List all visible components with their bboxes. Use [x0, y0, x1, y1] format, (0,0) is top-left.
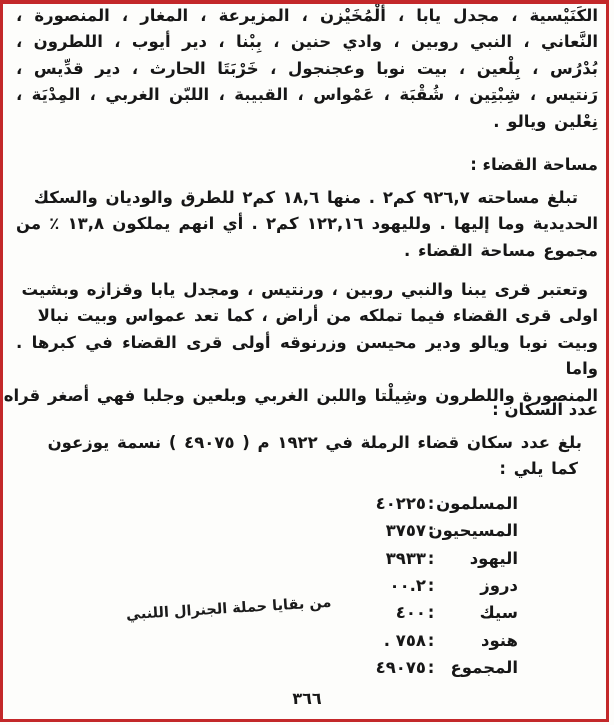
paragraph-line: اولى قرى القضاء فيما تملكه من أراض ، كما…: [16, 303, 598, 329]
row-separator: :: [426, 658, 436, 677]
population-row-jews: اليهود : ٣٩٣٣: [340, 545, 518, 572]
row-value: ٠٠.٢: [340, 576, 426, 595]
row-value: ٣٩٣٣: [340, 549, 426, 568]
row-label: دروز: [436, 576, 518, 595]
paragraph-line: الحديدية وما إليها . ولليهود ١٢٢,١٦ كم٢ …: [16, 211, 598, 237]
paragraph-line: وبيت نوبا ويالو ودير محيسن وزرنوقه أولى …: [16, 330, 598, 383]
row-separator: :: [426, 631, 436, 650]
row-separator: :: [426, 521, 436, 540]
row-value: ٤٠٢٢٥: [340, 494, 426, 513]
population-row-hindus: هنود : ٧٥٨ .: [340, 626, 518, 653]
villages-list-paragraph: الكَنَيْسية ، مجدل يابا ، أَلْمُخَيْزن ،…: [16, 3, 598, 135]
tilted-caption-annotation: من بقايا حملة الجنرال اللنبي: [126, 595, 332, 624]
row-label: اليهود: [436, 549, 518, 568]
section-heading-population: عدد السكان :: [492, 400, 598, 419]
section-heading-area: مساحة القضاء :: [470, 155, 598, 174]
population-row-muslims: المسلمون : ٤٠٢٢٥: [340, 490, 518, 517]
row-label: المسيحيون: [436, 521, 518, 540]
page-number: ٣٦٦: [0, 689, 614, 708]
row-separator: :: [426, 576, 436, 595]
area-paragraph-2: وتعتبر قرى يبنا والنبي روبين ، ورنتيس ، …: [16, 277, 598, 409]
population-row-sikhs: سيك : ٤٠٠: [340, 599, 518, 626]
population-row-druze: دروز : ٠٠.٢: [340, 572, 518, 599]
area-paragraph-1: تبلغ مساحته ٩٢٦,٧ كم٢ . منها ١٨,٦ كم٢ لل…: [16, 185, 598, 264]
population-table: المسلمون : ٤٠٢٢٥ المسيحيون : ٣٧٥٧ اليهود…: [340, 490, 518, 681]
scanned-book-page: الكَنَيْسية ، مجدل يابا ، أَلْمُخَيْزن ،…: [0, 0, 614, 725]
row-value: ٤٠٠: [340, 603, 426, 622]
row-label: المجموع: [436, 658, 518, 677]
villages-line: بُدْرُس ، بِلْعين ، بيت نوبا وعجنجول ، خ…: [16, 56, 598, 82]
villages-line: الكَنَيْسية ، مجدل يابا ، أَلْمُخَيْزن ،…: [16, 3, 598, 29]
paragraph-line: تبلغ مساحته ٩٢٦,٧ كم٢ . منها ١٨,٦ كم٢ لل…: [16, 185, 598, 211]
villages-line: رَنتيس ، شِبْتِين ، شُقْبَة ، عَمْواس ، …: [16, 82, 598, 108]
row-value: ٤٩٠٧٥: [340, 658, 426, 677]
row-value: ٣٧٥٧: [340, 521, 426, 540]
row-separator: :: [426, 494, 436, 513]
paragraph-line: مجموع مساحة القضاء .: [16, 238, 598, 264]
population-intro-paragraph: بلغ عدد سكان قضاء الرملة في ١٩٢٢ م ( ٤٩٠…: [16, 430, 598, 483]
villages-line: النَّعاني ، النبي روبين ، وادي حنين ، بِ…: [16, 29, 598, 55]
population-row-christians: المسيحيون : ٣٧٥٧: [340, 517, 518, 544]
row-label: هنود: [436, 631, 518, 650]
population-row-total: المجموع : ٤٩٠٧٥: [340, 654, 518, 681]
row-value: ٧٥٨ .: [340, 631, 426, 650]
row-separator: :: [426, 549, 436, 568]
paragraph-line: وتعتبر قرى يبنا والنبي روبين ، ورنتيس ، …: [16, 277, 598, 303]
row-label: المسلمون: [436, 494, 518, 513]
paragraph-line: بلغ عدد سكان قضاء الرملة في ١٩٢٢ م ( ٤٩٠…: [16, 430, 598, 456]
row-separator: :: [426, 603, 436, 622]
villages-line: نِعْلين ويالو .: [16, 109, 598, 135]
paragraph-line: كما يلي :: [16, 456, 598, 482]
row-label: سيك: [436, 603, 518, 622]
